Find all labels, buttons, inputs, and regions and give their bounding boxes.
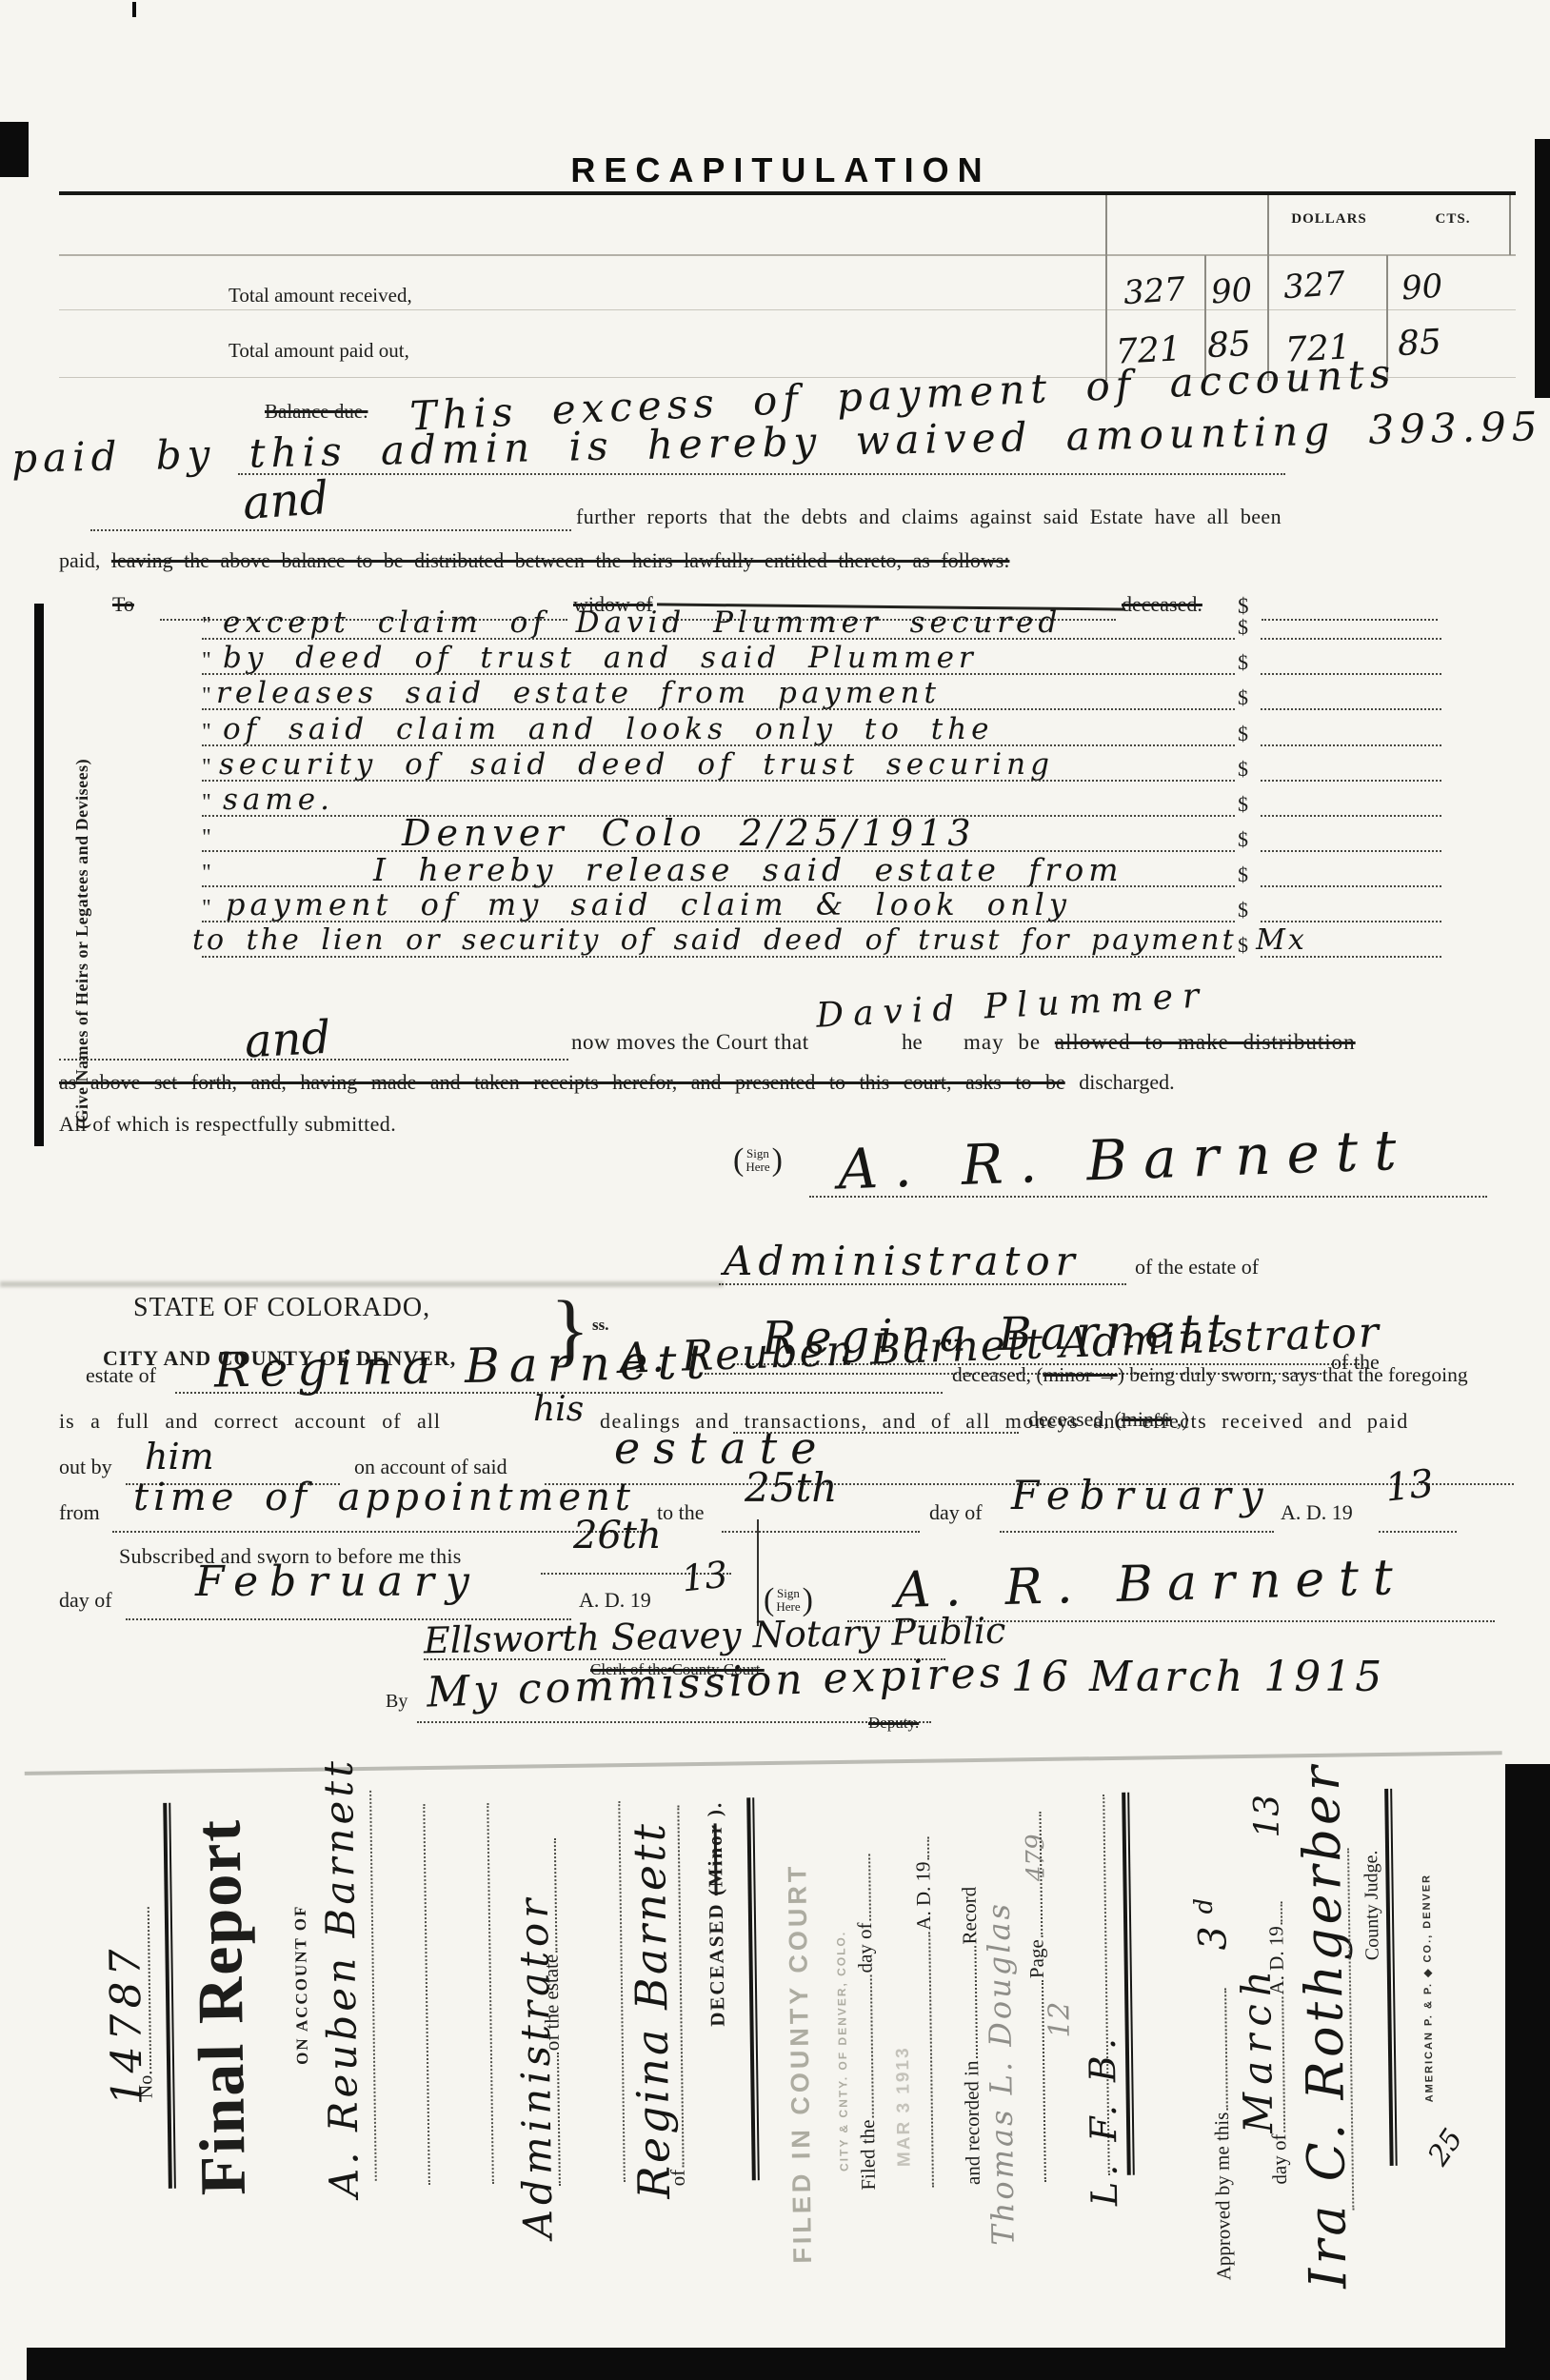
dollar-sign: $ bbox=[1238, 863, 1248, 887]
report-line1: further reports that the debts and claim… bbox=[576, 505, 1282, 529]
ad19-label2: A. D. 19 bbox=[579, 1588, 651, 1613]
dotted-line bbox=[90, 529, 571, 531]
minor-struck-panel: (Minor bbox=[704, 1823, 727, 1895]
balance-due-label: Balance due. bbox=[265, 400, 368, 424]
approved-day-suffix: d bbox=[1190, 1898, 1219, 1914]
deceased-pre2: deceased, ( bbox=[952, 1363, 1043, 1386]
scan-edge-mark bbox=[0, 122, 29, 177]
handwritten-13b: 13 bbox=[680, 1554, 730, 1600]
handwritten-and: and bbox=[241, 471, 330, 530]
handwritten-name-above: David Plummer bbox=[815, 976, 1209, 1036]
dotted-line bbox=[202, 673, 1235, 675]
handwritten-february2: February bbox=[195, 1557, 481, 1606]
notarized-signature: A. R. Barnett bbox=[894, 1549, 1407, 1619]
divider-line bbox=[757, 1519, 759, 1626]
dollar-sign: $ bbox=[1238, 933, 1248, 958]
motion-printed1: now moves the Court that bbox=[571, 1030, 809, 1055]
handwritten-time: time of appointment bbox=[133, 1476, 635, 1519]
dotted-line bbox=[1261, 744, 1441, 746]
approved-day-number: 3 bbox=[1191, 1926, 1235, 1951]
light-rule bbox=[59, 309, 1516, 310]
handwritten-record-no: 12 bbox=[1043, 2001, 1077, 2038]
claim-text: except claim of David Plummer secured bbox=[223, 605, 1062, 640]
dotted-line bbox=[1261, 885, 1441, 887]
handwritten-case-number: 14787 bbox=[101, 1943, 151, 2106]
sworn-line: deceased, (minor →) being duly sworn, sa… bbox=[952, 1363, 1468, 1387]
motion-printed2: may be allowed to make distribution bbox=[964, 1030, 1356, 1055]
heavy-rule bbox=[59, 191, 1516, 195]
deceased-minor-panel: DECEASED (Minor ). bbox=[703, 1801, 729, 2027]
handwritten-administrator-panel: Administrator bbox=[510, 1894, 562, 2238]
amount-value: 90 bbox=[1401, 268, 1444, 308]
sworn-text: being duly sworn, says that the foregoin… bbox=[1129, 1363, 1467, 1386]
receipts-end: discharged. bbox=[1079, 1070, 1174, 1094]
from-label: from bbox=[59, 1500, 100, 1525]
dollar-sign: $ bbox=[1238, 650, 1248, 675]
deceased-post2: ) bbox=[1118, 1363, 1124, 1386]
column-header-dollars: DOLLARS bbox=[1282, 211, 1377, 228]
sign-here-mark: ( Sign Here ) bbox=[733, 1142, 783, 1179]
page-label: Page bbox=[1024, 1939, 1048, 1978]
dotted-line bbox=[1261, 815, 1441, 817]
filing-panel: No. 14787 Final Report ON ACCOUNT OF A. … bbox=[25, 1751, 1518, 2360]
amount-value: 90 bbox=[1210, 271, 1254, 312]
dotted-line bbox=[202, 744, 1235, 746]
handwritten-approved-day: 3 d bbox=[1190, 1897, 1236, 1950]
column-line bbox=[1509, 195, 1511, 255]
submitted-line: All of which is respectfully submitted. bbox=[59, 1112, 396, 1137]
handwritten-recorder: Thomas L. Douglas bbox=[981, 1901, 1022, 2246]
dotted-line bbox=[202, 956, 1235, 958]
ditto-mark: " bbox=[202, 896, 211, 922]
claim-text: I hereby release said estate from bbox=[373, 851, 1123, 888]
handwritten-his: his bbox=[533, 1390, 584, 1429]
out-by-label: out by bbox=[59, 1455, 112, 1479]
handwritten-page-ref: 479 bbox=[1022, 1834, 1051, 1881]
filed-the-label: Filed the bbox=[856, 2119, 880, 2190]
approved-label: Approved by me this bbox=[1210, 2112, 1235, 2281]
scan-edge-mark bbox=[1535, 139, 1550, 398]
filed-stamp-date: MAR 3 1913 bbox=[893, 2046, 916, 2167]
ditto-mark: " bbox=[202, 684, 211, 709]
record-label: Record bbox=[958, 1887, 982, 1945]
county-judge-label: County Judge. bbox=[1361, 1850, 1384, 1960]
claim-row: " payment of my said claim & look only $ bbox=[59, 890, 1516, 926]
day-of-label2: day of bbox=[59, 1588, 112, 1613]
dotted-line bbox=[202, 921, 1235, 922]
amount-value: 327 bbox=[1123, 270, 1187, 312]
judge-signature: Ira C. Rothgerber bbox=[1291, 1762, 1359, 2289]
handwritten-administrator: Administrator bbox=[724, 1238, 1081, 1284]
approved-line: Approved by me this bbox=[1208, 1987, 1236, 2281]
motion-may-be: may be bbox=[964, 1030, 1041, 1054]
deputy-label: Deputy. bbox=[868, 1714, 919, 1733]
claim-row: " releases said estate from payment $ bbox=[59, 678, 1516, 714]
dotted-line bbox=[1261, 708, 1441, 710]
handwritten-26th: 26th bbox=[573, 1514, 662, 1557]
account-line-a: is a full and correct account of all bbox=[59, 1409, 441, 1434]
here-label: Here bbox=[776, 1600, 800, 1614]
handwritten-13: 13 bbox=[1383, 1461, 1436, 1510]
administrator-signature: A. R. Barnett bbox=[837, 1117, 1414, 1201]
scan-speck bbox=[132, 2, 136, 17]
dotted-line bbox=[112, 1531, 642, 1533]
ditto-mark: " bbox=[202, 720, 211, 745]
amount-value: 327 bbox=[1282, 265, 1347, 307]
filed-stamp-line2: CITY & CNTY. OF DENVER, COLO. bbox=[834, 1931, 851, 2172]
claim-row: " by deed of trust and said Plummer $ bbox=[59, 643, 1516, 679]
deceased-label-panel: DECEASED bbox=[705, 1902, 729, 2027]
report-line2-plain: paid, bbox=[59, 548, 100, 572]
minor-struck2: minor → bbox=[1043, 1363, 1118, 1386]
fold-line bbox=[25, 1751, 1502, 1775]
claim-row: " except claim of David Plummer secured … bbox=[59, 607, 1516, 644]
handwritten-february: February bbox=[1011, 1472, 1273, 1518]
dotted-line bbox=[1261, 850, 1441, 852]
column-header-cts: CTS. bbox=[1415, 211, 1491, 228]
sign-label: Sign bbox=[776, 1587, 800, 1600]
double-rule bbox=[746, 1797, 760, 2180]
column-line bbox=[1267, 195, 1269, 381]
handwritten-commission-date: 16 March 1915 bbox=[1011, 1653, 1385, 1701]
recorded-label: and recorded in bbox=[960, 2060, 984, 2185]
dotted-line bbox=[1379, 1531, 1457, 1533]
dotted-line bbox=[202, 780, 1235, 782]
double-rule bbox=[1384, 1789, 1398, 2166]
estate-of-label: estate of bbox=[86, 1363, 156, 1388]
ditto-mark: " bbox=[202, 755, 211, 781]
dotted-line bbox=[719, 1283, 1126, 1285]
filed-stamp-line1: FILED IN COUNTY COURT bbox=[783, 1862, 818, 2263]
printer-imprint: AMERICAN P. & P. ◆ CO., DENVER bbox=[1420, 1874, 1435, 2103]
dotted-line bbox=[1261, 673, 1441, 675]
ss-label: ss. bbox=[592, 1316, 608, 1335]
diamond-icon: ◆ bbox=[1422, 1967, 1434, 1977]
receipts-struck: as above set forth, and, having made and… bbox=[59, 1070, 1065, 1094]
double-rule bbox=[163, 1803, 176, 2189]
ditto-mark: " bbox=[202, 648, 211, 674]
claim-text: releases said estate from payment bbox=[216, 676, 941, 710]
handwritten-page-number: 25 bbox=[1421, 2123, 1469, 2172]
dotted-line bbox=[202, 708, 1235, 710]
receipts-line: as above set forth, and, having made and… bbox=[59, 1070, 1175, 1095]
dotted-line bbox=[417, 1721, 931, 1723]
minor-post: ). bbox=[703, 1801, 725, 1824]
dotted-line bbox=[1261, 956, 1441, 958]
page-title: RECAPITULATION bbox=[514, 150, 1047, 190]
state-label: STATE OF COLORADO, bbox=[133, 1293, 430, 1323]
claim-text: to the lien or security of said deed of … bbox=[192, 923, 1307, 957]
motion-he: he bbox=[902, 1030, 923, 1055]
printer-city: CO., DENVER bbox=[1421, 1874, 1433, 1963]
ditto-mark: " bbox=[202, 825, 211, 851]
dollar-sign: $ bbox=[1238, 722, 1248, 746]
dollar-sign: $ bbox=[1238, 615, 1248, 640]
dotted-line bbox=[1000, 1531, 1274, 1533]
ad19-line-panel: A. D. 19 bbox=[911, 1835, 940, 2190]
on-account-of-label: ON ACCOUNT OF bbox=[291, 1904, 312, 2065]
dotted-line bbox=[238, 473, 1285, 475]
day-of-label: day of bbox=[929, 1500, 983, 1525]
dollar-sign: $ bbox=[1238, 827, 1248, 852]
row-label: Total amount received, bbox=[229, 284, 412, 307]
final-report-title: Final Report bbox=[180, 1817, 261, 2195]
row-label: Total amount paid out, bbox=[229, 339, 409, 363]
dotted-line bbox=[722, 1531, 920, 1533]
claim-text: same. bbox=[223, 783, 334, 817]
dotted-line bbox=[1261, 921, 1441, 922]
dotted-line bbox=[202, 638, 1235, 640]
scan-edge-mark bbox=[34, 604, 44, 1146]
by-label: By bbox=[386, 1691, 407, 1713]
scan-smudge bbox=[0, 1281, 724, 1287]
motion-struck: allowed to make distribution bbox=[1055, 1030, 1356, 1054]
sign-label: Sign bbox=[745, 1147, 769, 1160]
dollar-sign: $ bbox=[1238, 898, 1248, 922]
paren-open: ( bbox=[733, 1142, 744, 1179]
handwritten-and: and bbox=[244, 1011, 332, 1069]
column-line bbox=[1105, 195, 1107, 381]
handwritten-march: March bbox=[1233, 1963, 1282, 2133]
claim-row: " of said claim and looks only to the $ bbox=[59, 714, 1516, 750]
dollar-sign: $ bbox=[1238, 757, 1248, 782]
report-line2: paid, leaving the above balance to be di… bbox=[59, 548, 1009, 573]
handwritten-initials: L. F. B. bbox=[1082, 2033, 1126, 2207]
claim-text: of said claim and looks only to the bbox=[223, 712, 994, 746]
dotted-line bbox=[1261, 780, 1441, 782]
ditto-mark: " bbox=[202, 861, 211, 886]
handwritten-account-name: A. Reuben Barnett bbox=[315, 1757, 368, 2198]
day-of-label2-panel: day of bbox=[1267, 2133, 1291, 2184]
motion-line: and now moves the Court that David Plumm… bbox=[59, 1009, 1516, 1066]
dotted-line bbox=[1261, 638, 1441, 640]
to-the-label: to the bbox=[657, 1500, 705, 1525]
dollar-sign: $ bbox=[1238, 792, 1248, 817]
day-of-label-panel: day of bbox=[853, 1922, 877, 1973]
blank-line bbox=[487, 1803, 494, 2184]
claim-text: Denver Colo 2/25/1913 bbox=[402, 812, 977, 854]
handwritten-25th: 25th bbox=[745, 1464, 837, 1511]
amount-value: 85 bbox=[1397, 323, 1442, 364]
paren-close: ) bbox=[772, 1142, 783, 1179]
handwritten-him: him bbox=[145, 1436, 214, 1478]
claim-row: to the lien or security of said deed of … bbox=[59, 925, 1516, 962]
handwritten-13-panel: 13 bbox=[1247, 1795, 1287, 1838]
blank-line bbox=[369, 1791, 377, 2181]
scanned-document-page: RECAPITULATION DOLLARS CTS. Total amount… bbox=[0, 0, 1550, 2380]
ad19-label-panel: A. D. 19 bbox=[911, 1861, 935, 1931]
ditto-mark: " bbox=[202, 790, 211, 816]
blank-line bbox=[423, 1804, 430, 2185]
filed-the-line: Filed theday of bbox=[852, 1852, 881, 2190]
printer-name: AMERICAN P. & P. bbox=[1422, 1982, 1436, 2102]
ad19-label: A. D. 19 bbox=[1281, 1500, 1353, 1525]
claim-text: security of said deed of trust securing bbox=[219, 747, 1054, 782]
of-the-estate-of: of the estate of bbox=[1135, 1255, 1259, 1279]
claim-text: by deed of trust and said Plummer bbox=[223, 641, 978, 675]
dollar-sign: $ bbox=[1238, 685, 1248, 710]
claim-text: payment of my said claim & look only bbox=[226, 886, 1071, 922]
handwritten-decedent-name: Regina Barnett bbox=[624, 1821, 681, 2199]
claim-row: " security of said deed of trust securin… bbox=[59, 749, 1516, 785]
here-label: Here bbox=[745, 1160, 769, 1174]
light-rule bbox=[59, 254, 1516, 256]
ditto-mark: " bbox=[202, 613, 211, 639]
report-line2-struck: leaving the above balance to be distribu… bbox=[111, 548, 1010, 572]
handwritten-estate: Regina Barnett bbox=[214, 1334, 716, 1398]
